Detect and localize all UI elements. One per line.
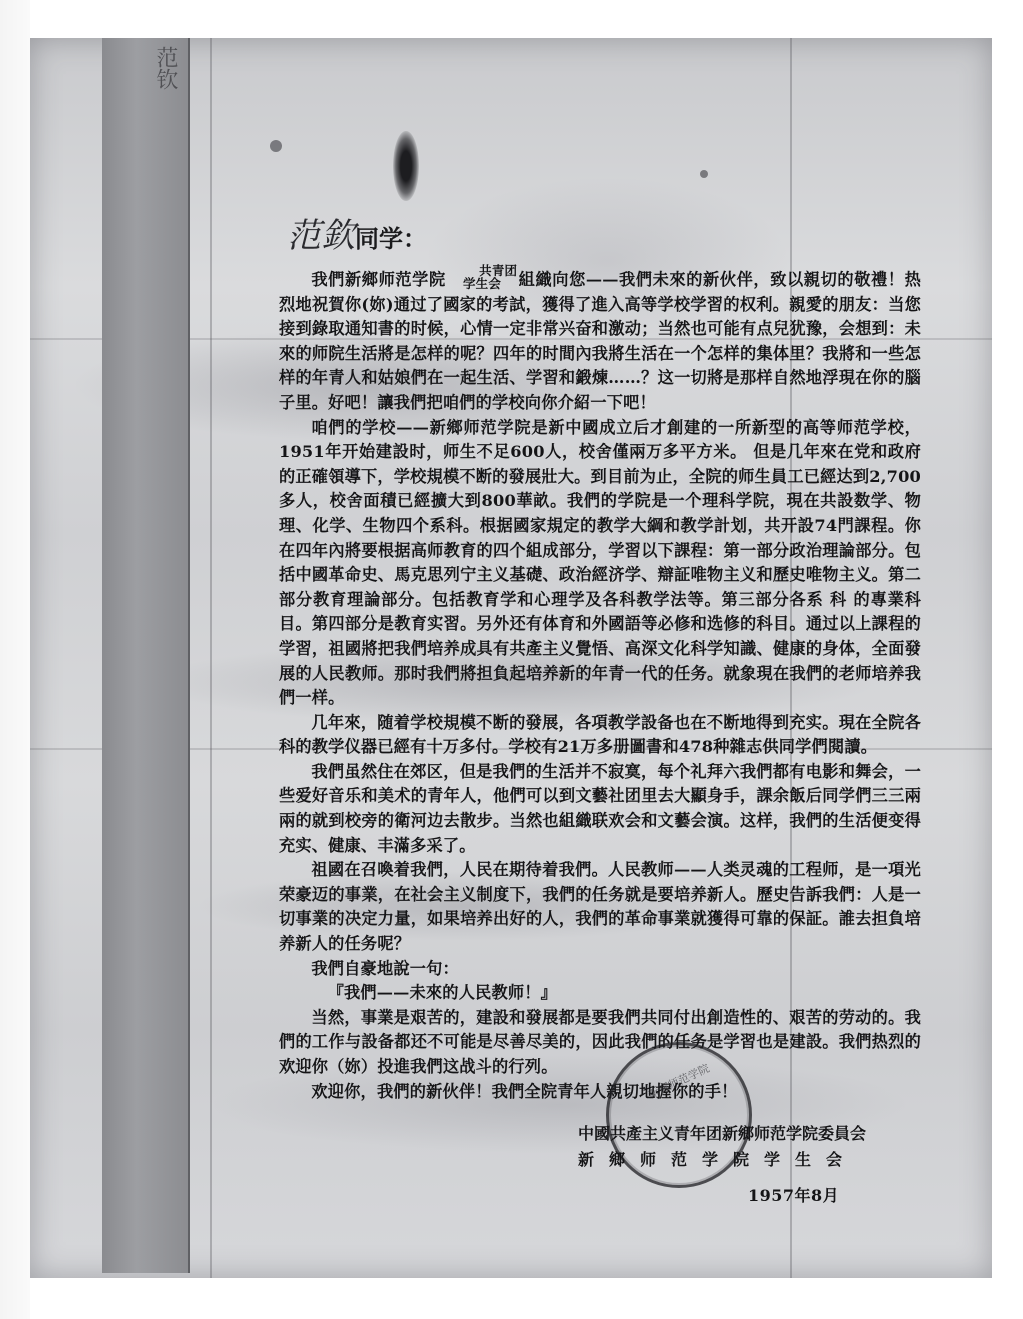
motto: 『我們——未來的人民教师！』	[279, 981, 921, 1006]
signature-org-student-union: 新鄉师范学院学生会	[578, 1147, 888, 1173]
greeting: 同学：	[355, 224, 427, 253]
stain-dot	[700, 170, 708, 178]
paragraph-intro: 我們新鄉师范学院共青团学生会組織向您——我們未來的新伙伴，致以親切的敬禮！热烈地…	[279, 268, 921, 416]
paragraph-proud: 我們自豪地說一句：	[279, 957, 921, 982]
ink-blot	[393, 131, 419, 201]
paragraph-facilities: 几年來，随着学校規模不断的發展，各項教学設备也在不断地得到充实。現在全院各科的教…	[279, 711, 921, 760]
handwritten-recipient-name: 范欽	[287, 216, 355, 256]
margin-handwriting: 范钦	[110, 46, 180, 196]
letter-body: 我們新鄉师范学院共青团学生会組織向您——我們未來的新伙伴，致以親切的敬禮！热烈地…	[279, 268, 921, 1104]
paragraph-calling: 祖國在召喚着我們，人民在期待着我們。人民教师——人类灵魂的工程师，是一項光荣豪迈…	[279, 858, 921, 956]
paragraph-welcome: 当然，事業是艰苦的，建設和發展都是要我們共同付出創造性的、艰苦的劳动的。我們的工…	[279, 1006, 921, 1080]
intro-text-post: 組織向您——我們未來的新伙伴，致以親切的敬禮！热烈地祝賀你(妳)通过了國家的考試…	[279, 270, 921, 412]
binding-strip: 范钦	[102, 38, 190, 1273]
org-stack: 共青团学生会	[447, 264, 518, 290]
closing-slogan: 欢迎你，我們的新伙伴！我們全院青年人親切地握你的手！	[279, 1080, 921, 1105]
signature-date: 1957年8月	[578, 1183, 888, 1209]
signature-org-youth-league: 中國共產主义青年团新鄉师范学院委員会	[578, 1121, 888, 1147]
seal-text: 新鄉师范学院	[634, 1056, 723, 1108]
scan-background	[0, 0, 30, 1319]
intro-text-pre: 我們新鄉师范学院	[311, 270, 445, 289]
paragraph-life: 我們虽然住在郊区，但是我們的生活并不寂寞，每个礼拜六我們都有电影和舞会，一些爱好…	[279, 760, 921, 858]
salutation: 范欽同学：	[287, 208, 427, 257]
org-student-union: 学生会	[463, 276, 501, 291]
fold-line	[210, 38, 212, 1278]
paragraph-school: 咱們的学校——新鄉师范学院是新中國成立后才創建的一所新型的高等师范学校，1951…	[279, 416, 921, 711]
stain-dot	[270, 140, 282, 152]
signature-block: 中國共產主义青年团新鄉师范学院委員会 新鄉师范学院学生会 1957年8月	[578, 1121, 888, 1209]
